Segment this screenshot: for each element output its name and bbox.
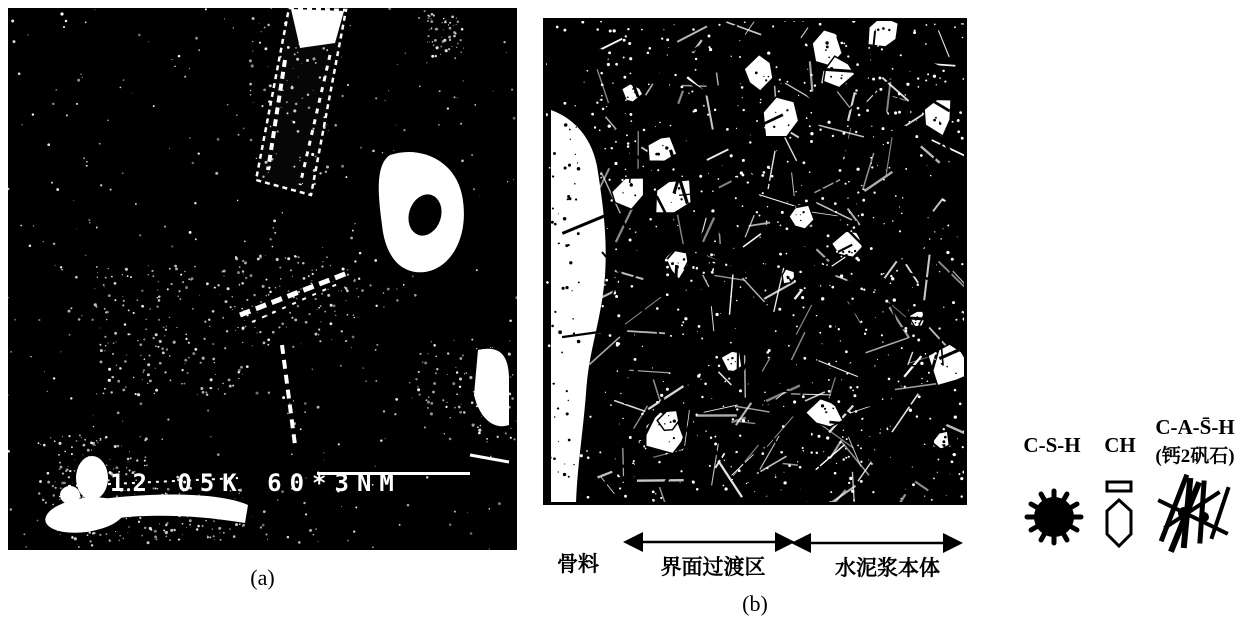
sem-scale-readout: 12 05K 60*3NM [110, 469, 402, 497]
legend-label-ch: CH [1094, 433, 1146, 458]
zone-label-bulk-paste: 水泥浆本体 [795, 552, 980, 582]
ettringite-needle-cluster-icon [1156, 471, 1236, 553]
ch-hexagonal-plate-icon [1104, 480, 1134, 550]
zone-extent-arrows [543, 531, 967, 553]
csh-fuzzy-blob-icon [1022, 483, 1086, 551]
legend-label-csh: C-S-H [1012, 433, 1092, 458]
zone-label-itz: 界面过渡区 [618, 551, 808, 581]
legend-sublabel-ettringite: (钙2矾石) [1146, 441, 1240, 468]
itz-schematic-panel [543, 18, 967, 505]
zone-label-aggregate: 骨料 [550, 548, 606, 578]
subfigure-label-b: (b) [543, 591, 967, 617]
sem-micrograph-panel: 12 05K 60*3NM [8, 8, 517, 550]
subfigure-label-a: (a) [8, 565, 517, 591]
itz-schematic [543, 18, 967, 505]
legend-label-ettringite: C-A-S̄-H [1148, 415, 1240, 440]
